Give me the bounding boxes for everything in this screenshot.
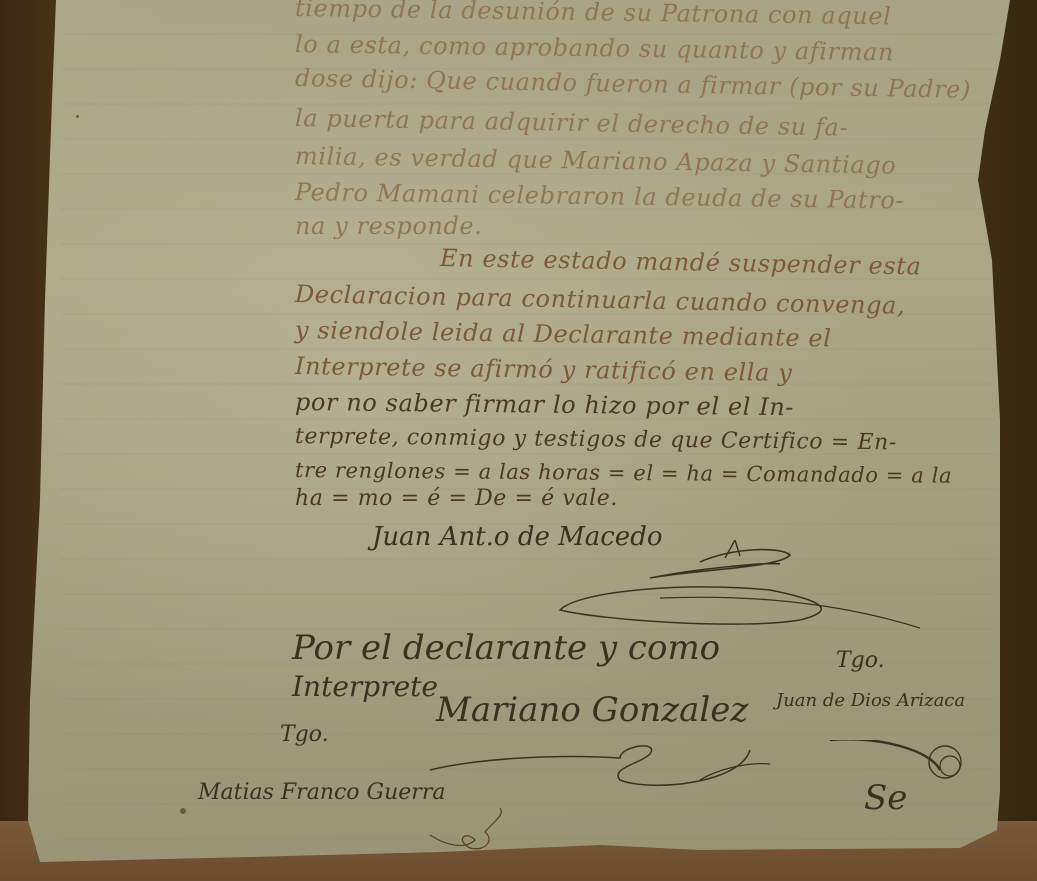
signature-bottom-left: Matias Franco Guerra [198,780,445,805]
body-line-7: na y responde. [295,212,482,240]
signature-interpreter-line-1: Por el declarante y como [292,628,720,668]
signature-interpreter-line-2: Interprete [292,670,438,703]
signature-bottom-right: Se [864,778,907,818]
signature-witness-2: Juan de Dios Arizaca [776,690,965,711]
ink-stain [180,808,186,814]
ink-speck [76,115,79,118]
witness-label-1: Tgo. [836,648,885,673]
witness-label-2: Tgo. [280,722,329,747]
manuscript-page: tiempo de la desunión de su Patrona con … [0,0,1037,881]
closing-line-5: por no saber firmar lo hizo por el el In… [295,388,794,421]
signature-witness-1: Mariano Gonzalez [436,690,748,730]
signature-official: Juan Ant.o de Macedo [372,522,663,552]
closing-line-8: ha = mo = é = De = é vale. [295,486,618,511]
